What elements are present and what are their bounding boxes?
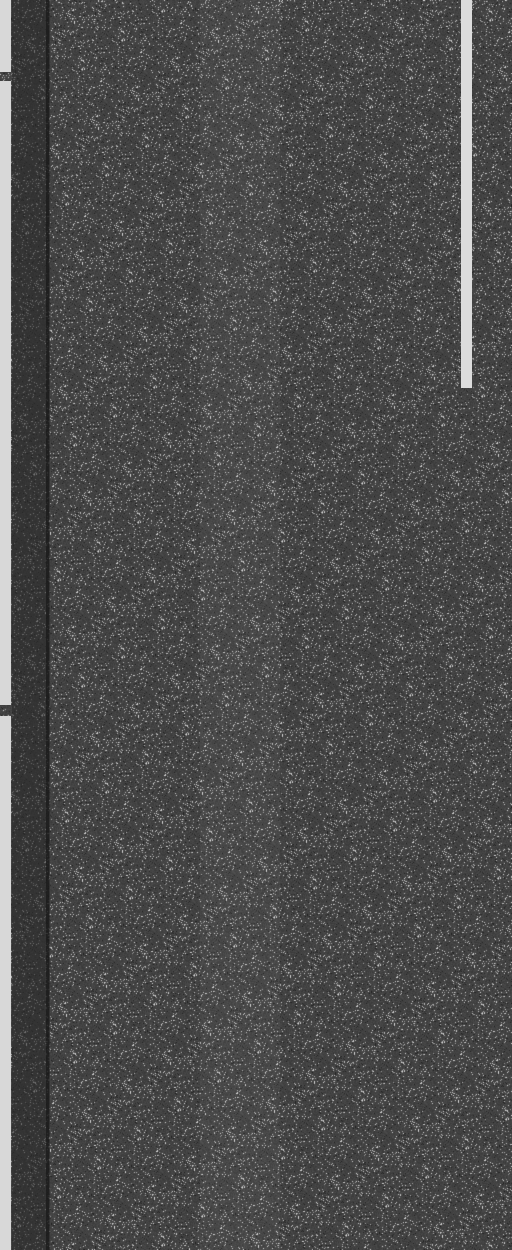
left-edge-line (0, 81, 11, 705)
road-surface-photo (0, 0, 512, 1250)
road-shoulder (12, 0, 50, 1250)
wheel-track-sheen (200, 0, 280, 1250)
left-edge-line (0, 716, 11, 1250)
right-lane-dash (461, 0, 472, 388)
left-edge-line (0, 0, 11, 72)
shoulder-seam (46, 0, 49, 1250)
